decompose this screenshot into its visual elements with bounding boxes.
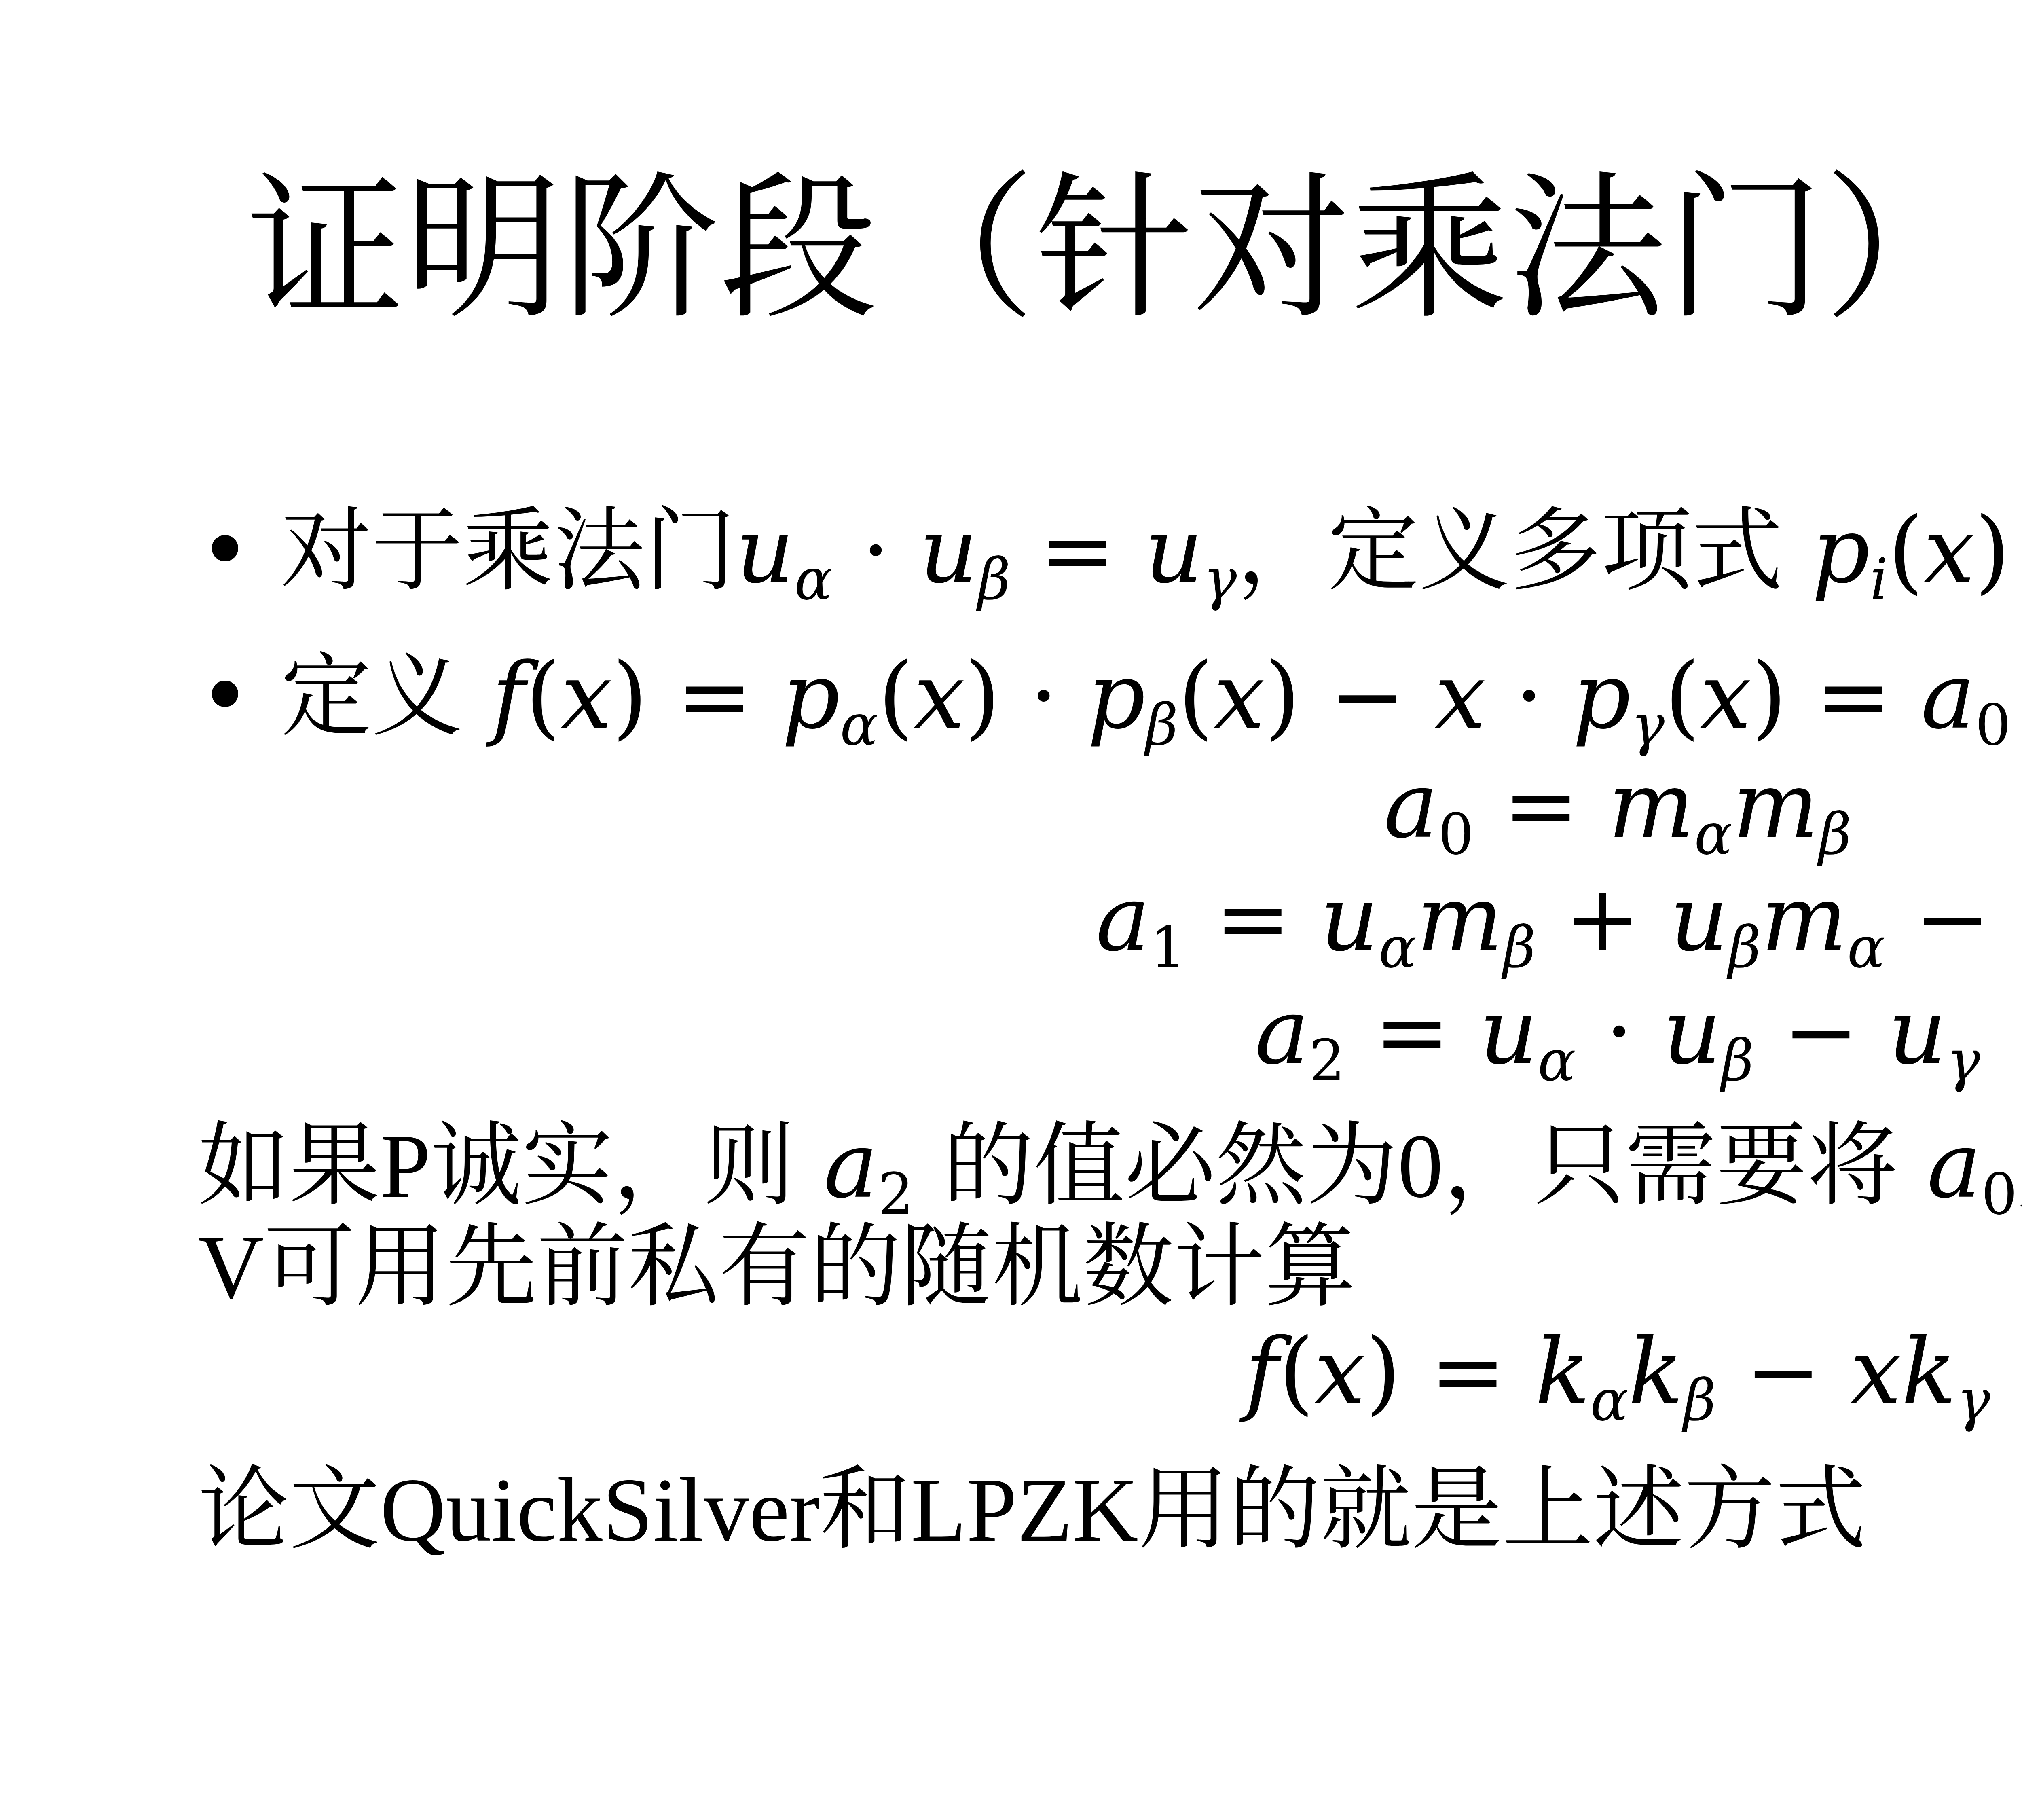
math-a0-a1: a0, a1 <box>1927 1113 2022 1219</box>
polynomial-definition: pi(x) = mi + uix, i ∈ {α, β, γ} <box>1812 498 2022 604</box>
bullet-2-prefix: 定义 <box>281 643 463 749</box>
equation-a1: a1 = uαmβ + uβmα − mγ <box>0 874 2022 976</box>
paper-quicksilver: QuickSilver <box>380 1459 820 1560</box>
text: 诚实，则 <box>431 1113 795 1219</box>
text: ，只需要将 <box>1443 1113 1898 1219</box>
gate-equation: uα · uβ = uγ <box>736 498 1237 604</box>
bullet-1: • 对于乘法门uα · uβ = uγ，定义多项式 pi(x) = mi + u… <box>198 506 2022 608</box>
paragraph-line-2: V可用先前私有的随机数计算 <box>198 1221 1356 1313</box>
bullet-dot: • <box>198 498 252 604</box>
equation-a0: a0 = mαmβ <box>0 760 2022 863</box>
bullet-1-prefix: 对于乘法门 <box>281 498 736 604</box>
slide-title: 证明阶段（针对乘法门） <box>247 170 1982 328</box>
bullet-1-mid: ，定义多项式 <box>1237 498 1783 604</box>
bullet-dot: • <box>198 643 252 749</box>
text: 用的就是上述方式 <box>1138 1456 1866 1562</box>
paper-lpzk: LPZK <box>911 1459 1138 1560</box>
prover-label: P <box>380 1115 431 1217</box>
bullet-2: • 定义 f(x) = pα(x) · pβ(x) − x · pγ(x) = … <box>198 651 2022 753</box>
closing-note: 论文QuickSilver和LPZK用的就是上述方式 <box>198 1464 1866 1555</box>
verifier-equation: f(x) = kαkβ − xkγ <box>0 1327 2022 1429</box>
zero-value: 0 <box>1398 1115 1443 1217</box>
f-definition: f(x) = pα(x) · pβ(x) − x · pγ(x) = a0 + … <box>492 643 2022 749</box>
text: 和 <box>820 1456 911 1562</box>
text: 的值必然为 <box>943 1113 1398 1219</box>
text: 如果 <box>198 1113 380 1219</box>
equation-a2: a2 = uα · uβ − uγ <box>0 987 2022 1089</box>
math-a2: a2 <box>824 1113 914 1219</box>
text: 论文 <box>198 1456 380 1562</box>
text: 可用先前私有的随机数计算 <box>264 1214 1356 1320</box>
paragraph-honest-prover: 如果P诚实，则 a2 的值必然为0，只需要将 a0, a1 传给V进行检验即可， <box>198 1120 2022 1223</box>
verifier-label: V <box>198 1217 264 1318</box>
